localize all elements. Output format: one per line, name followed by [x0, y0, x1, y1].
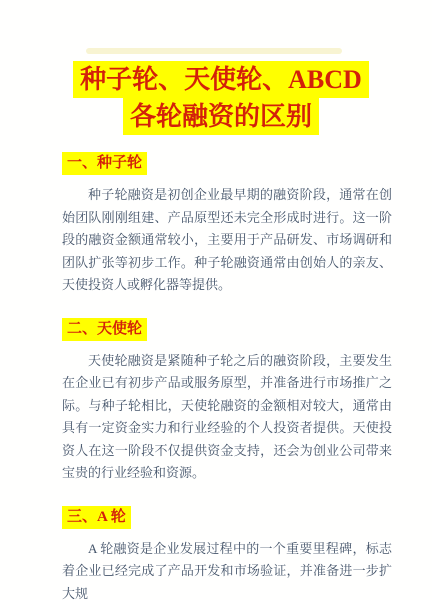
section-body-a: A 轮融资是企业发展过程中的一个重要里程碑，标志着企业已经完成了产品开发和市场验… — [62, 538, 392, 600]
document-page: { "page": { "background": "#ffffff" }, "… — [0, 0, 432, 600]
section-heading-a: 三、A 轮 — [62, 506, 131, 529]
section-a-round: 三、A 轮 A 轮融资是企业发展过程中的一个重要里程碑，标志着企业已经完成了产品… — [62, 501, 392, 600]
section-body-angel: 天使轮融资是紧随种子轮之后的融资阶段，主要发生在企业已有初步产品或服务原型，并准… — [62, 350, 392, 485]
title-line-1: 种子轮、天使轮、ABCD — [73, 61, 369, 98]
faded-highlight-strip — [86, 48, 342, 54]
section-heading-row: 一、种子轮 — [62, 147, 392, 175]
section-heading-row: 三、A 轮 — [62, 501, 392, 529]
title-line-2: 各轮融资的区别 — [123, 98, 319, 135]
section-seed-round: 一、种子轮 种子轮融资是初创企业最早期的融资阶段，通常在创始团队刚刚组建、产品原… — [62, 147, 392, 297]
section-heading-seed: 一、种子轮 — [62, 152, 147, 175]
page-content: 种子轮、天使轮、ABCD 各轮融资的区别 一、种子轮 种子轮融资是初创企业最早期… — [0, 0, 432, 600]
page-title: 种子轮、天使轮、ABCD 各轮融资的区别 — [10, 61, 432, 135]
section-body-seed: 种子轮融资是初创企业最早期的融资阶段，通常在创始团队刚刚组建、产品原型还未完全形… — [62, 184, 392, 297]
section-heading-angel: 二、天使轮 — [62, 318, 147, 341]
section-angel-round: 二、天使轮 天使轮融资是紧随种子轮之后的融资阶段，主要发生在企业已有初步产品或服… — [62, 313, 392, 485]
section-heading-row: 二、天使轮 — [62, 313, 392, 341]
